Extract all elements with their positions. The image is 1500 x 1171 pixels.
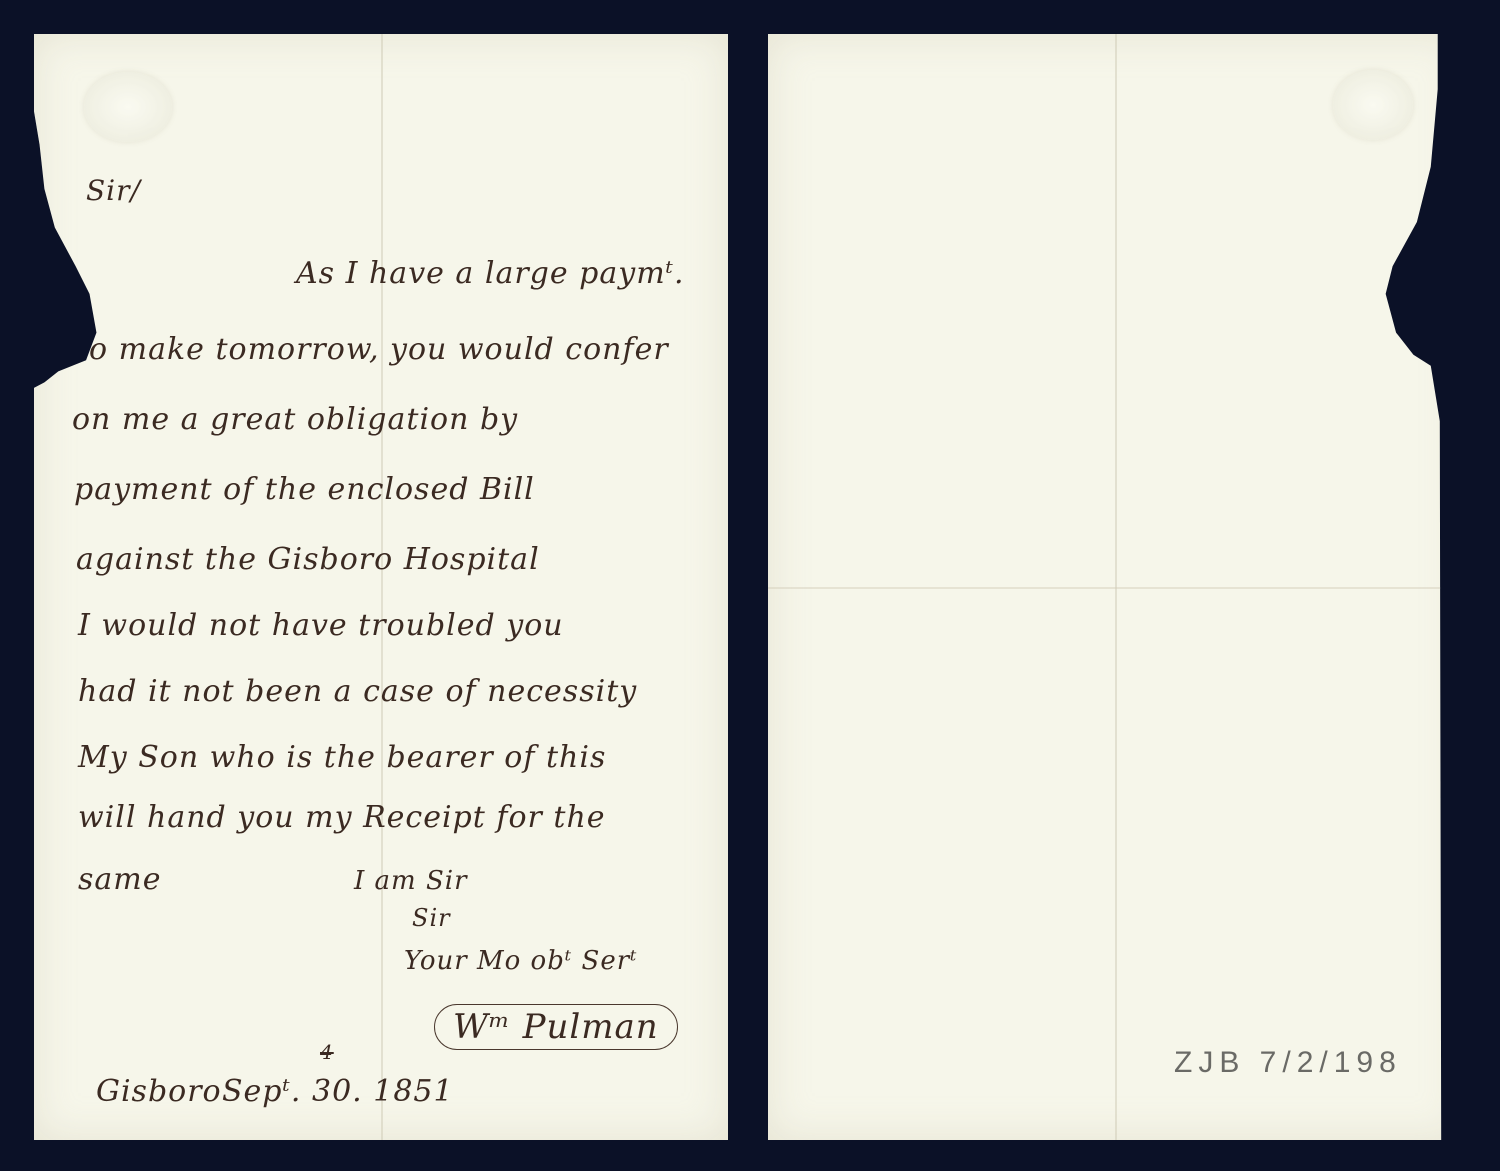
fold-crease-vertical — [381, 34, 383, 1140]
letter-line-10: same — [78, 862, 161, 897]
closing-i-am: I am Sir — [354, 866, 468, 896]
letter-line-1: As I have a large paymᵗ. — [296, 256, 685, 291]
fold-crease-horizontal — [768, 587, 1462, 589]
letter-line-8: My Son who is the bearer of this — [78, 740, 606, 775]
salutation: Sir/ — [86, 174, 141, 207]
letter-line-5: against the Gisboro Hospital — [76, 542, 540, 577]
letter-line-9: will hand you my Receipt for the — [78, 800, 606, 835]
letter-line-2: to make tomorrow, you would confer — [76, 332, 669, 367]
embossed-seal-icon — [84, 72, 172, 142]
date-correction: 4 — [320, 1040, 334, 1064]
embossed-seal-icon — [1333, 70, 1413, 140]
letter-line-3: on me a great obligation by — [72, 402, 518, 437]
closing-servant: Your Mo obᵗ Serᵗ — [404, 946, 638, 976]
letter-front-page: Sir/ As I have a large paymᵗ. to make to… — [34, 34, 728, 1140]
closing-sir: Sir — [412, 904, 451, 932]
date-place: Gisboro — [96, 1074, 222, 1109]
signature: Wᵐ Pulman — [434, 1004, 678, 1050]
letter-back-page: ZJB 7/2/198 — [768, 34, 1462, 1140]
letter-line-4: payment of the enclosed Bill — [74, 472, 535, 507]
archive-reference: ZJB 7/2/198 — [1174, 1046, 1402, 1080]
letter-line-7: had it not been a case of necessity — [78, 674, 637, 709]
letter-line-6: I would not have troubled you — [78, 608, 564, 643]
date-value: Sepᵗ. 30. 1851 — [222, 1074, 454, 1109]
